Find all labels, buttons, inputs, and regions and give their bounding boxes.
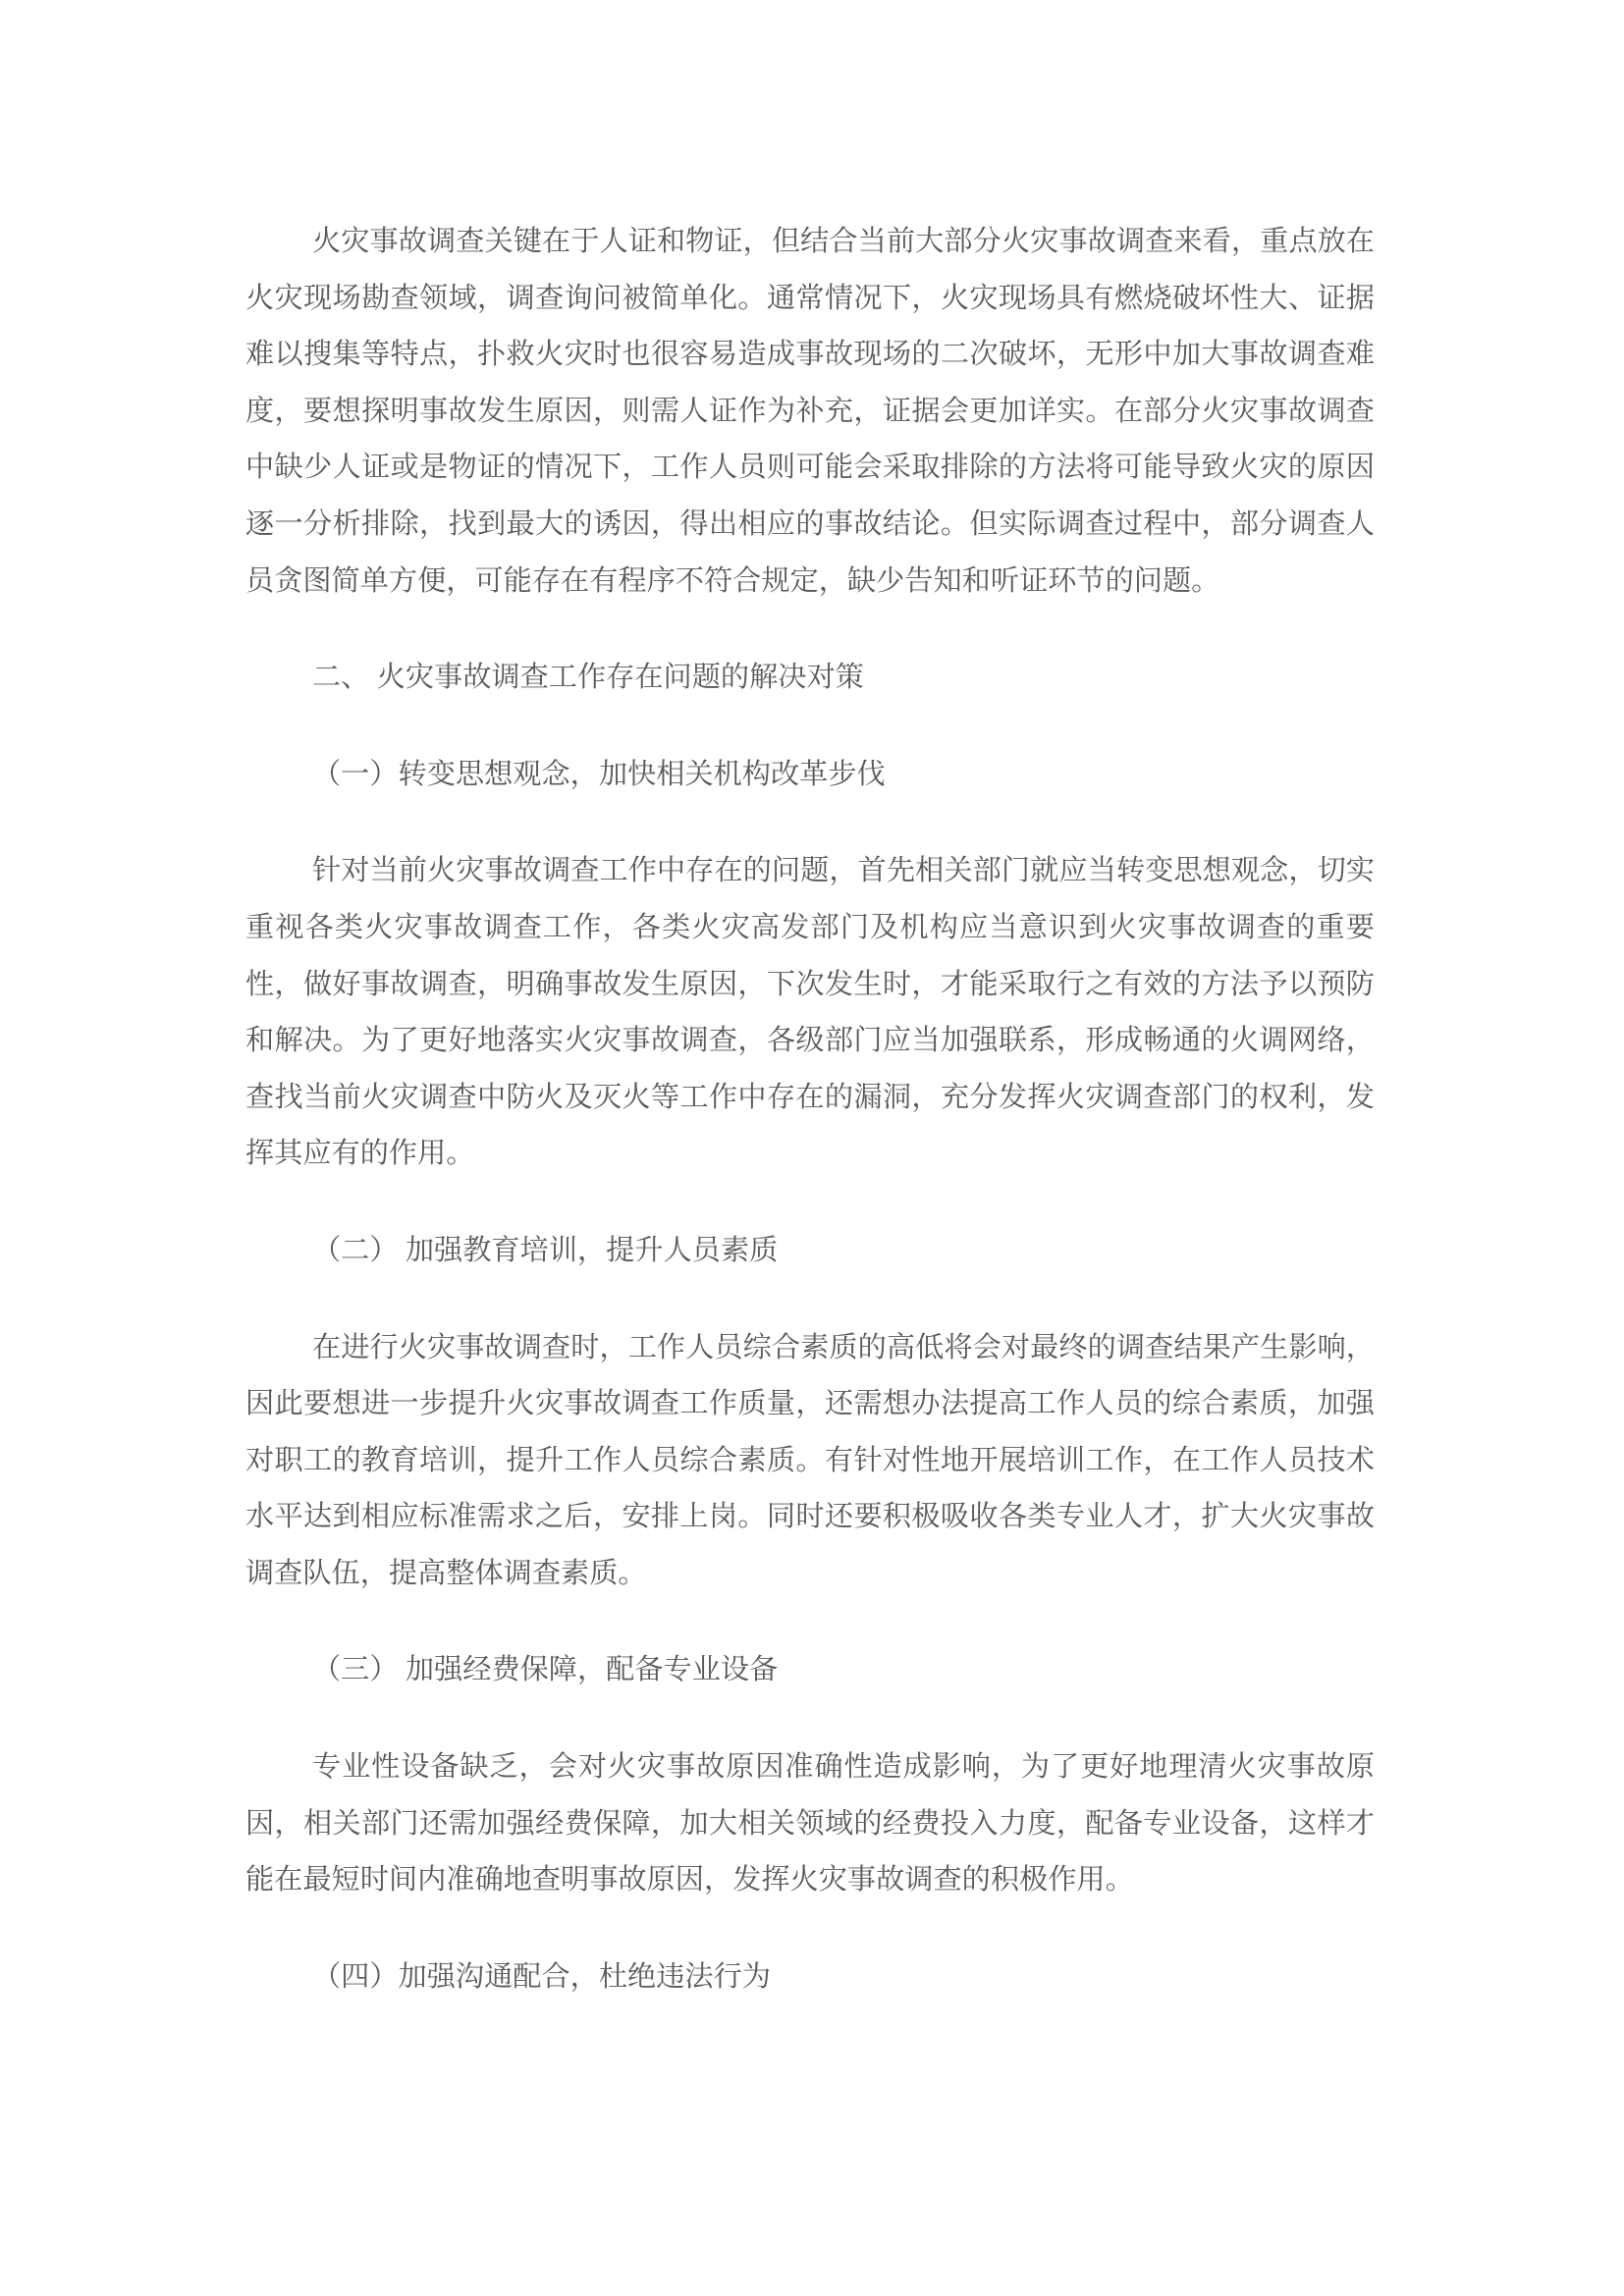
body-paragraph: 针对当前火灾事故调查工作中存在的问题，首先相关部门就应当转变思想观念，切实重视各… <box>245 843 1375 1183</box>
section-heading: （一）转变思想观念，加快相关机构改革步伐 <box>245 747 1375 804</box>
section-heading: （二） 加强教育培训，提升人员素质 <box>245 1223 1375 1280</box>
body-paragraph: 火灾事故调查关键在于人证和物证，但结合当前大部分火灾事故调查来看，重点放在火灾现… <box>245 214 1375 610</box>
section-heading: 二、 火灾事故调查工作存在问题的解决对策 <box>245 650 1375 707</box>
section-heading: （三） 加强经费保障，配备专业设备 <box>245 1642 1375 1699</box>
document-content: 火灾事故调查关键在于人证和物证，但结合当前大部分火灾事故调查来看，重点放在火灾现… <box>245 214 1375 2046</box>
section-heading: （四）加强沟通配合，杜绝违法行为 <box>245 1949 1375 2006</box>
body-paragraph: 专业性设备缺乏，会对火灾事故原因准确性造成影响，为了更好地理清火灾事故原因，相关… <box>245 1739 1375 1909</box>
body-paragraph: 在进行火灾事故调查时，工作人员综合素质的高低将会对最终的调查结果产生影响，因此要… <box>245 1320 1375 1603</box>
document-page: 火灾事故调查关键在于人证和物证，但结合当前大部分火灾事故调查来看，重点放在火灾现… <box>0 0 1624 2296</box>
